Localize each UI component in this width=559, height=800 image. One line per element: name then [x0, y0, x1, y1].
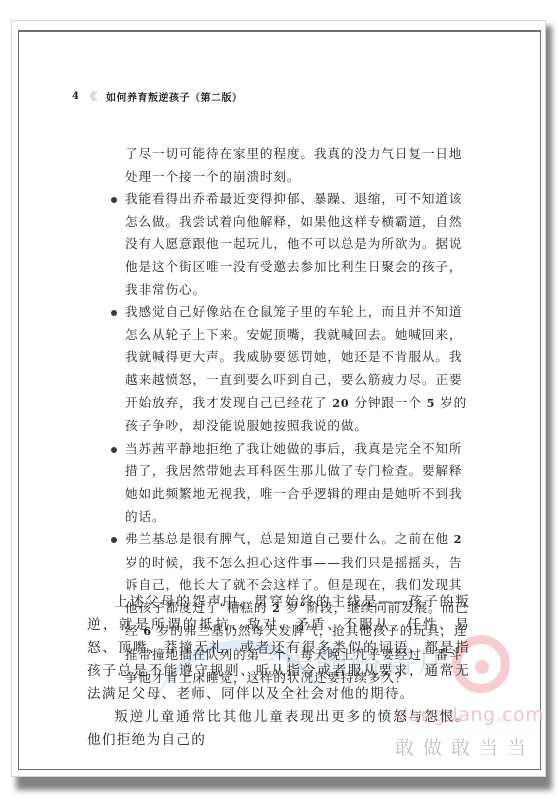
quote-number: 20 — [332, 397, 349, 410]
quote-text: 弗兰基总是很有脾气，总是知道自己要什么。之前在他 — [125, 531, 454, 546]
quote-text: 我能看得出乔希最近变得抑郁、暴躁、退缩，可不知道该怎么做。我尝试着向他解释，如果… — [125, 191, 462, 296]
quote-text: 分钟跟一个 — [349, 395, 426, 410]
page-number: 4 — [72, 91, 84, 102]
quote-text: 当苏茜平静地拒绝了我让她做的事后，我真是完全不知所措了，我居然带她去耳科医生那儿… — [125, 441, 462, 524]
list-item: 我感觉自己好像站在仓鼠笼子里的车轮上，而且并不知道怎么从轮子上下来。安妮顶嘴，我… — [108, 301, 472, 438]
body-text: 上述父母的怨声中，贯穿始终的主线是——孩子的叛逆，就是所谓的抵抗、敌对、矛盾、不… — [87, 591, 470, 752]
book-title: 如何养育叛逆孩子（第二版） — [106, 89, 243, 104]
body-paragraph: 叛逆儿童通常比其他儿童表现出更多的愤怒与怨恨。他们拒绝为自己的 — [87, 706, 470, 752]
page-content: 4 《《 如何养育叛逆孩子（第二版） 了尽一切可能待在家里的程度。我真的没力气日… — [0, 0, 559, 800]
bullet-icon — [111, 447, 117, 453]
list-item: 我能看得出乔希最近变得抑郁、暴躁、退缩，可不知道该怎么做。我尝试着向他解释，如果… — [108, 188, 472, 301]
quote-number: 5 — [427, 397, 436, 410]
bullet-icon — [111, 197, 117, 203]
quote-number: 2 — [454, 533, 463, 546]
bullet-icon — [111, 537, 117, 543]
quote-continuation: 了尽一切可能待在家里的程度。我真的没力气日复一日地处理一个接一个的崩溃时刻。 — [108, 143, 472, 188]
running-head: 4 《《 如何养育叛逆孩子（第二版） — [72, 88, 243, 104]
double-chevron-left-icon: 《《 — [84, 88, 106, 104]
list-item: 当苏茜平静地拒绝了我让她做的事后，我真是完全不知所措了，我居然带她去耳科医生那儿… — [108, 438, 472, 528]
bullet-icon — [111, 310, 117, 316]
body-paragraph: 上述父母的怨声中，贯穿始终的主线是——孩子的叛逆，就是所谓的抵抗、敌对、矛盾、不… — [87, 591, 470, 706]
